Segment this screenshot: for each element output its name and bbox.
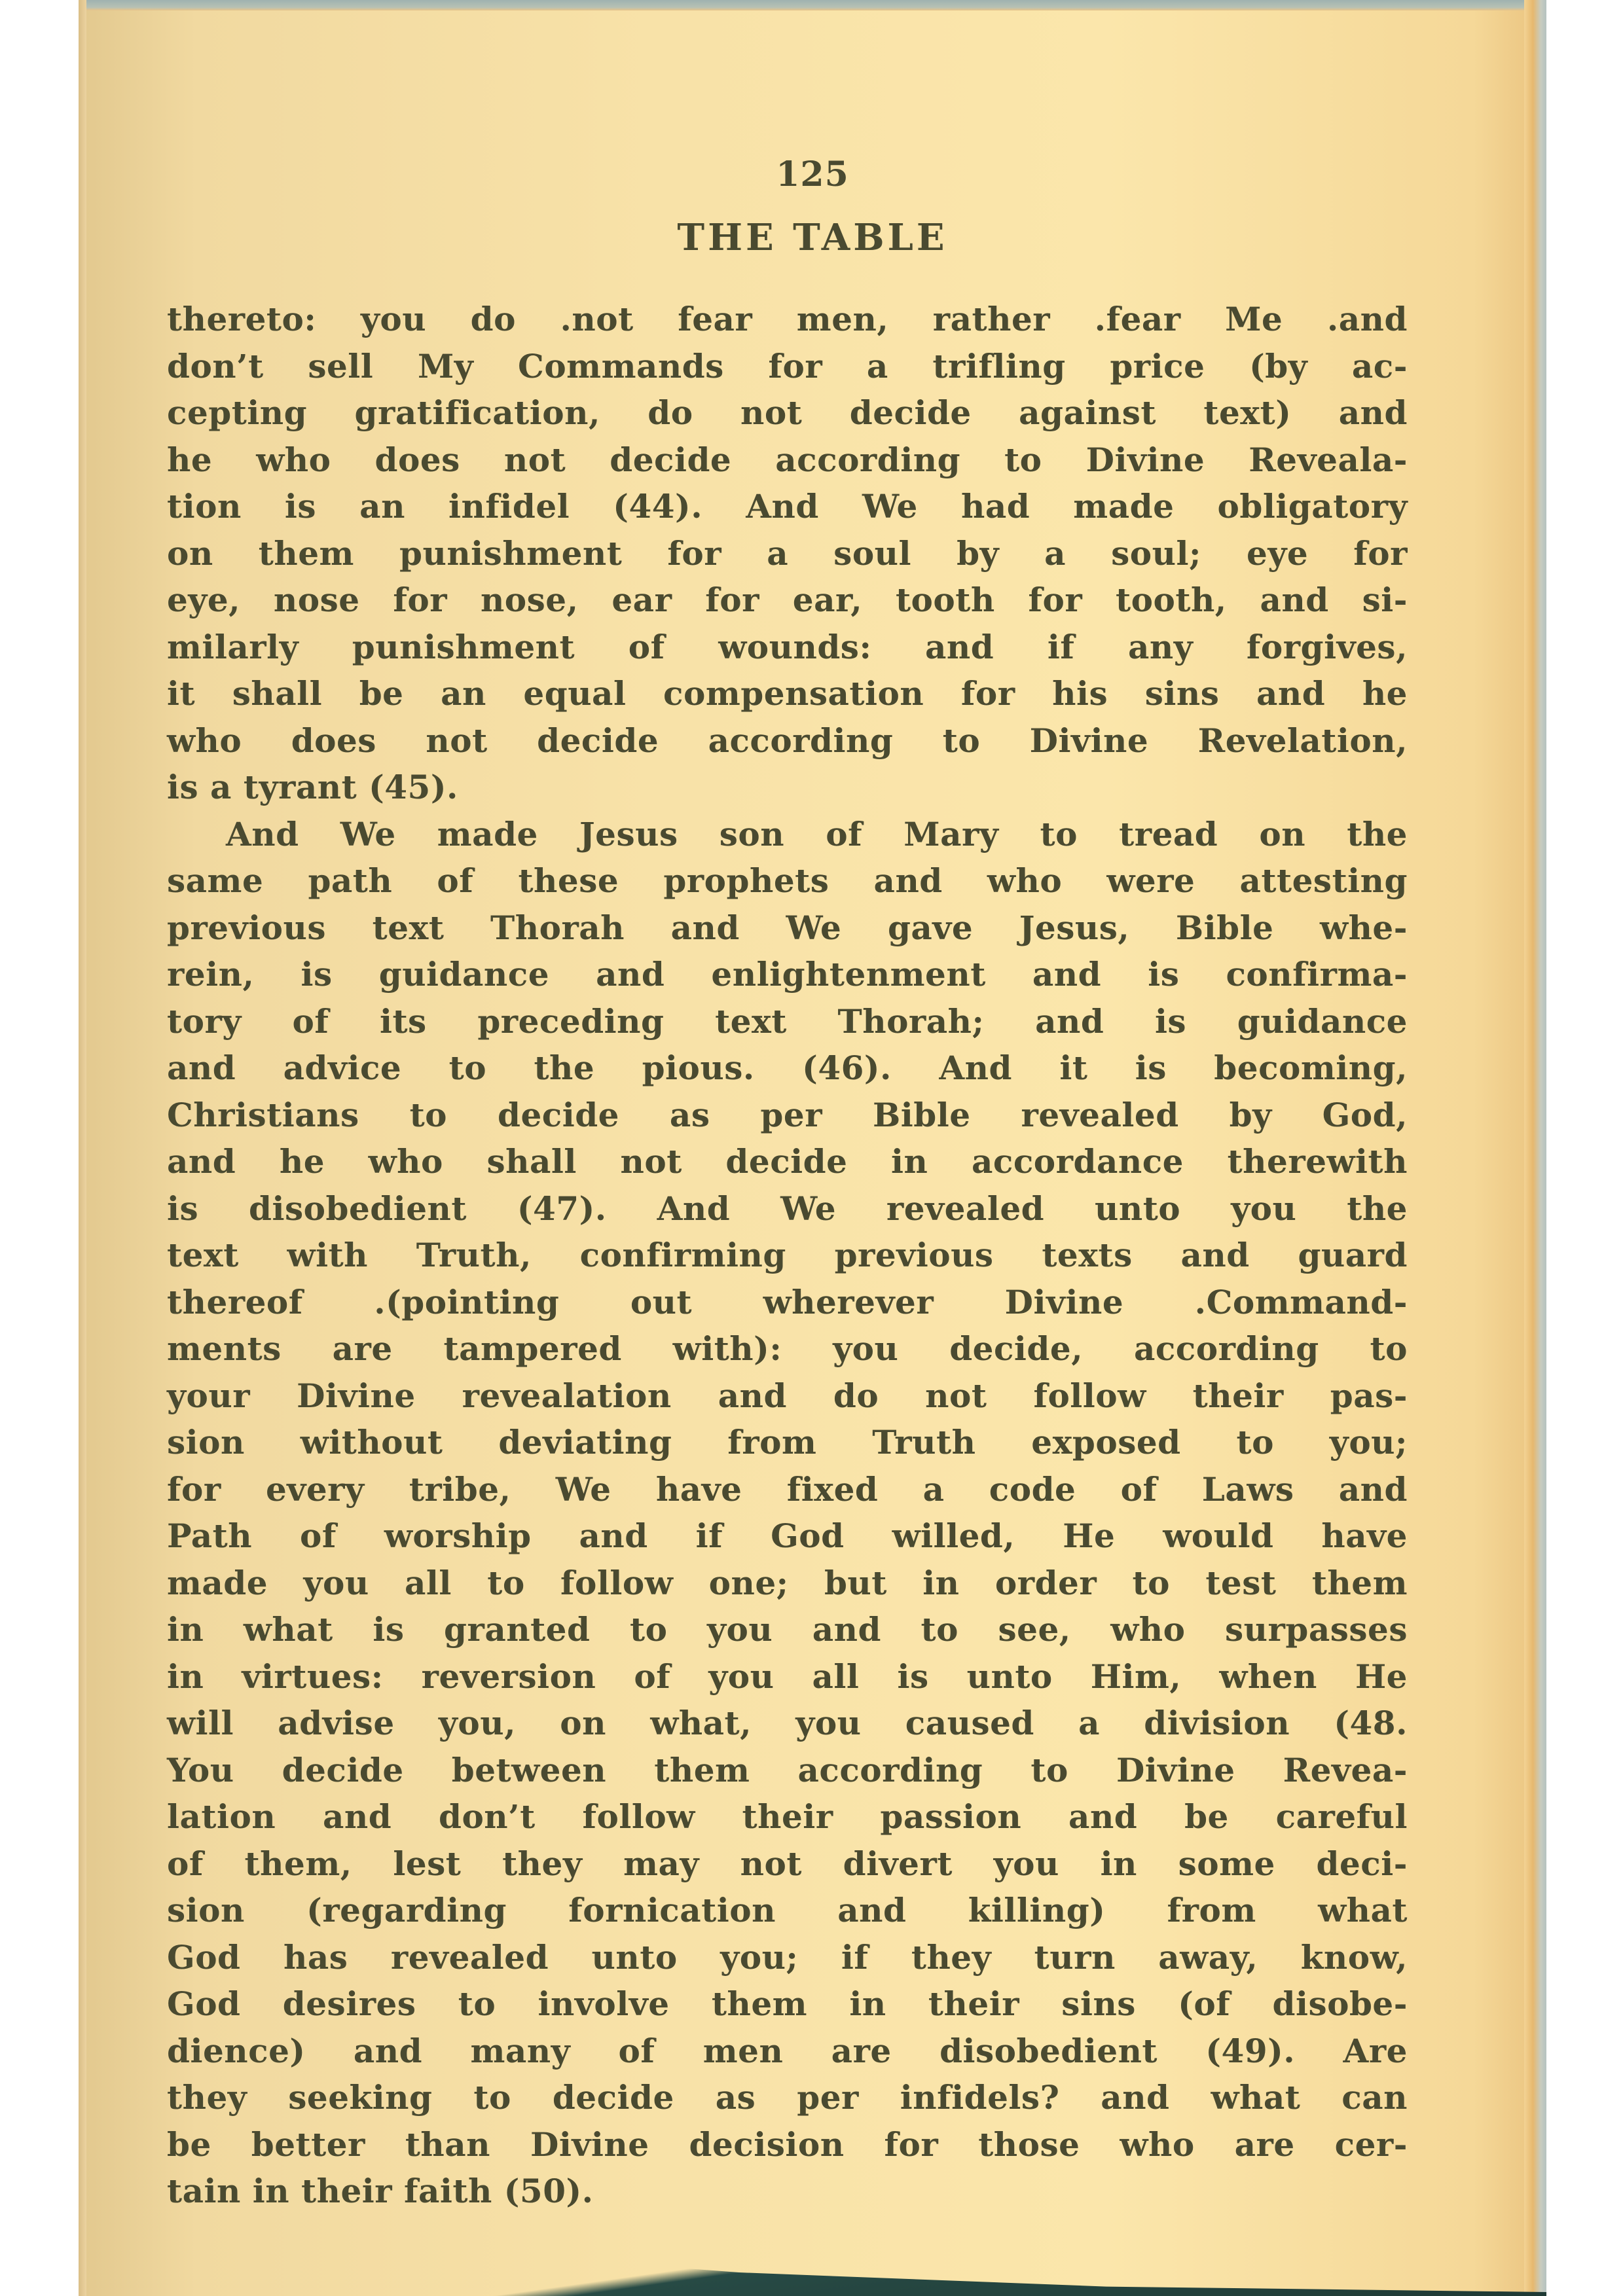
- running-title: THE TABLE: [79, 216, 1546, 259]
- text-line: it shall be an equal compensation for hi…: [167, 670, 1408, 717]
- text-line: milarly punishment of wounds: and if any…: [167, 624, 1408, 671]
- paragraph-2: And We made Jesus son of Mary to tread o…: [167, 811, 1408, 2215]
- text-line: previous text Thorah and We gave Jesus, …: [167, 905, 1408, 952]
- paragraph-1: thereto: you do .not fear men, rather .f…: [167, 296, 1408, 811]
- text-line: of them, lest they may not divert you in…: [167, 1840, 1408, 1888]
- text-line: for every tribe, We have fixed a code of…: [167, 1466, 1408, 1513]
- text-line: rein, is guidance and enlightenment and …: [167, 951, 1408, 998]
- text-line: thereof .(pointing out wherever Divine .…: [167, 1279, 1408, 1326]
- text-line: And We made Jesus son of Mary to tread o…: [167, 811, 1408, 858]
- text-line: same path of these prophets and who were…: [167, 857, 1408, 905]
- page-right-edge: [1524, 0, 1546, 2296]
- text-line: text with Truth, confirming previous tex…: [167, 1232, 1408, 1279]
- text-line: tory of its preceding text Thorah; and i…: [167, 998, 1408, 1045]
- text-line: thereto: you do .not fear men, rather .f…: [167, 296, 1408, 343]
- text-line: sion (regarding fornication and killing)…: [167, 1887, 1408, 1934]
- text-line: made you all to follow one; but in order…: [167, 1560, 1408, 1607]
- text-line: tain in their faith (50).: [167, 2168, 1408, 2215]
- text-line: God desires to involve them in their sin…: [167, 1981, 1408, 2028]
- text-line: who does not decide according to Divine …: [167, 717, 1408, 764]
- text-line: ments are tampered with): you decide, ac…: [167, 1325, 1408, 1372]
- page-number: 125: [79, 154, 1546, 194]
- text-line: be better than Divine decision for those…: [167, 2121, 1408, 2168]
- page-left-edge: [79, 0, 86, 2296]
- text-line: eye, nose for nose, ear for ear, tooth f…: [167, 577, 1408, 624]
- body-text: thereto: you do .not fear men, rather .f…: [167, 296, 1408, 2215]
- text-line: they seeking to decide as per infidels? …: [167, 2074, 1408, 2121]
- text-line: in what is granted to you and to see, wh…: [167, 1606, 1408, 1653]
- text-line: cepting gratification, do not decide aga…: [167, 389, 1408, 437]
- text-line: tion is an infidel (44). And We had made…: [167, 483, 1408, 530]
- text-line: is disobedient (47). And We revealed unt…: [167, 1185, 1408, 1232]
- text-line: he who does not decide according to Divi…: [167, 437, 1408, 484]
- text-line: You decide between them according to Div…: [167, 1747, 1408, 1794]
- text-line: your Divine revealation and do not follo…: [167, 1372, 1408, 1420]
- text-line: God has revealed unto you; if they turn …: [167, 1934, 1408, 1981]
- text-line: and advice to the pious. (46). And it is…: [167, 1045, 1408, 1092]
- text-line: lation and don’t follow their passion an…: [167, 1793, 1408, 1840]
- text-line: on them punishment for a soul by a soul;…: [167, 530, 1408, 577]
- text-line: in virtues: reversion of you all is unto…: [167, 1653, 1408, 1700]
- book-page: 125 THE TABLE thereto: you do .not fear …: [79, 0, 1546, 2296]
- text-line: sion without deviating from Truth expose…: [167, 1419, 1408, 1466]
- text-line: dience) and many of men are disobedient …: [167, 2028, 1408, 2075]
- text-line: don’t sell My Commands for a trifling pr…: [167, 343, 1408, 390]
- text-line: is a tyrant (45).: [167, 764, 1408, 811]
- text-line: Path of worship and if God willed, He wo…: [167, 1513, 1408, 1560]
- page-bottom-shadow: [79, 2217, 1546, 2296]
- text-line: will advise you, on what, you caused a d…: [167, 1700, 1408, 1747]
- text-line: and he who shall not decide in accordanc…: [167, 1138, 1408, 1185]
- text-line: Christians to decide as per Bible reveal…: [167, 1092, 1408, 1139]
